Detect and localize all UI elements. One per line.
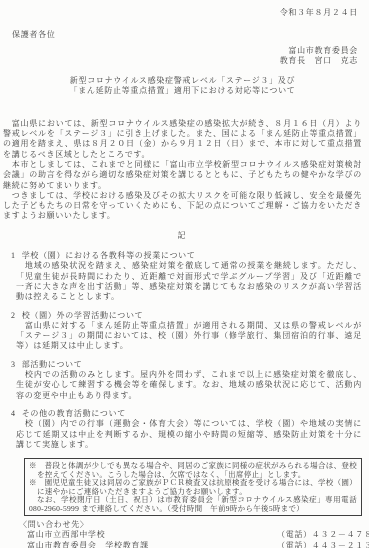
contact-name: 富山市教育委員会 学校教育課 <box>27 541 277 548</box>
document-date: 令和３年８月２４日 <box>3 8 362 18</box>
section-outside-activities: 2校（園）外の学習活動について 富山県に対する「まん延防止等重点措置」が適用され… <box>3 311 362 352</box>
contact-name: 富山市立西部中学校 <box>27 530 277 540</box>
addressee: 保護者各位 <box>3 30 362 40</box>
section-heading: 学校（園）における各教科等の授業について <box>22 251 196 260</box>
section-other-activities: 4その他の教育活動について 校（園）内での行事（運動会・体育大会）等については、… <box>3 409 362 450</box>
section-body: 校内での活動のみとします。屋内外を問わず、これまで以上に感染症対策を徹底し、生徒… <box>3 370 362 401</box>
note-pcr-test-contact: ※ 園児児童生徒又は同居のご家族がＰＣＲ検査又は抗原検査を受ける場合には、学校（… <box>29 479 357 496</box>
sections-list: 1学校（園）における各教科等の授業について 地域の感染状況を踏まえ、感染症対策を… <box>3 251 362 450</box>
section-heading: 部活動について <box>22 360 83 369</box>
note-closed-day-phone: なお、学校閉庁日（土日、祝日）は市教育委員会「新型コロナウイルス感染症」専用電話… <box>29 496 357 513</box>
list-start-marker: 記 <box>3 231 362 241</box>
section-heading-row: 2校（園）外の学習活動について <box>3 311 362 321</box>
contact-section: 〈問い合わせ先〉 富山市立西部中学校 （電話）４３２－４７８７ 富山市教育委員会… <box>3 520 362 548</box>
section-body: 校（園）内での行事（運動会・体育大会）等については、学校（園）や地域の実情に応じ… <box>3 419 362 450</box>
contact-row-board: 富山市教育委員会 学校教育課 （電話）４４３－２１３５ <box>3 541 362 548</box>
section-number: 3 <box>11 360 16 369</box>
contact-row-school: 富山市立西部中学校 （電話）４３２－４７８７ <box>3 530 362 540</box>
notes-box: ※ 普段と体調が少しでも異なる場合や、同居のご家族に同様の症状がみられる場合は、… <box>24 458 362 516</box>
document-title: 新型コロナウイルス感染症警戒レベル「ステージ３」及び 「まん延防止等重点措置」適… <box>3 76 362 97</box>
section-school-classes: 1学校（園）における各教科等の授業について 地域の感染状況を踏まえ、感染症対策を… <box>3 251 362 302</box>
document-title-line2: 「まん延防止等重点措置」適用下における対応等について <box>3 86 362 96</box>
sender-organization: 富山市教育委員会 <box>3 46 358 56</box>
sender-block: 富山市教育委員会 教育長 宮口 克志 <box>3 46 362 67</box>
section-body: 富山県に対する「まん延防止等重点措置」が適用される期間、又は県の警戒レベルが「ス… <box>3 321 362 352</box>
section-heading-row: 3部活動について <box>3 360 362 370</box>
section-number: 4 <box>11 409 16 418</box>
section-club-activities: 3部活動について 校内での活動のみとします。屋内外を問わず、これまで以上に感染症… <box>3 360 362 401</box>
contact-phone: （電話）４４３－２１３５ <box>277 541 369 548</box>
document-title-line1: 新型コロナウイルス感染症警戒レベル「ステージ３」及び <box>3 76 362 86</box>
body-paragraphs: 富山県においては、新型コロナウイルス感染症の感染拡大が続き、８月１６日（月）より… <box>3 119 362 222</box>
sender-person: 教育長 宮口 克志 <box>3 56 358 66</box>
contact-phone: （電話）４３２－４７８７ <box>277 530 369 540</box>
section-number: 2 <box>11 311 16 320</box>
section-heading: 校（園）外の学習活動について <box>22 311 144 320</box>
note-symptoms-stay-home: ※ 普段と体調が少しでも異なる場合や、同居のご家族に同様の症状がみられる場合は、… <box>29 462 357 479</box>
paragraph-city-policy: 本市としましては、これまでと同様に「富山市立学校新型コロナウイルス感染症対策検討… <box>3 160 362 191</box>
section-body: 地域の感染状況を踏まえ、感染症対策を徹底して通常の授業を継続します。ただし、「児… <box>3 261 362 302</box>
paragraph-request: つきましては、学校における感染及びその拡大リスクを可能な限り低減し、安全を最優先… <box>3 191 362 222</box>
section-heading-row: 1学校（園）における各教科等の授業について <box>3 251 362 261</box>
section-number: 1 <box>11 251 16 260</box>
section-heading: その他の教育活動について <box>22 409 126 418</box>
paragraph-prefecture-status: 富山県においては、新型コロナウイルス感染症の感染拡大が続き、８月１６日（月）より… <box>3 119 362 160</box>
contact-heading: 〈問い合わせ先〉 <box>3 520 362 530</box>
document-page: 令和３年８月２４日 保護者各位 富山市教育委員会 教育長 宮口 克志 新型コロナ… <box>0 0 369 548</box>
section-heading-row: 4その他の教育活動について <box>3 409 362 419</box>
